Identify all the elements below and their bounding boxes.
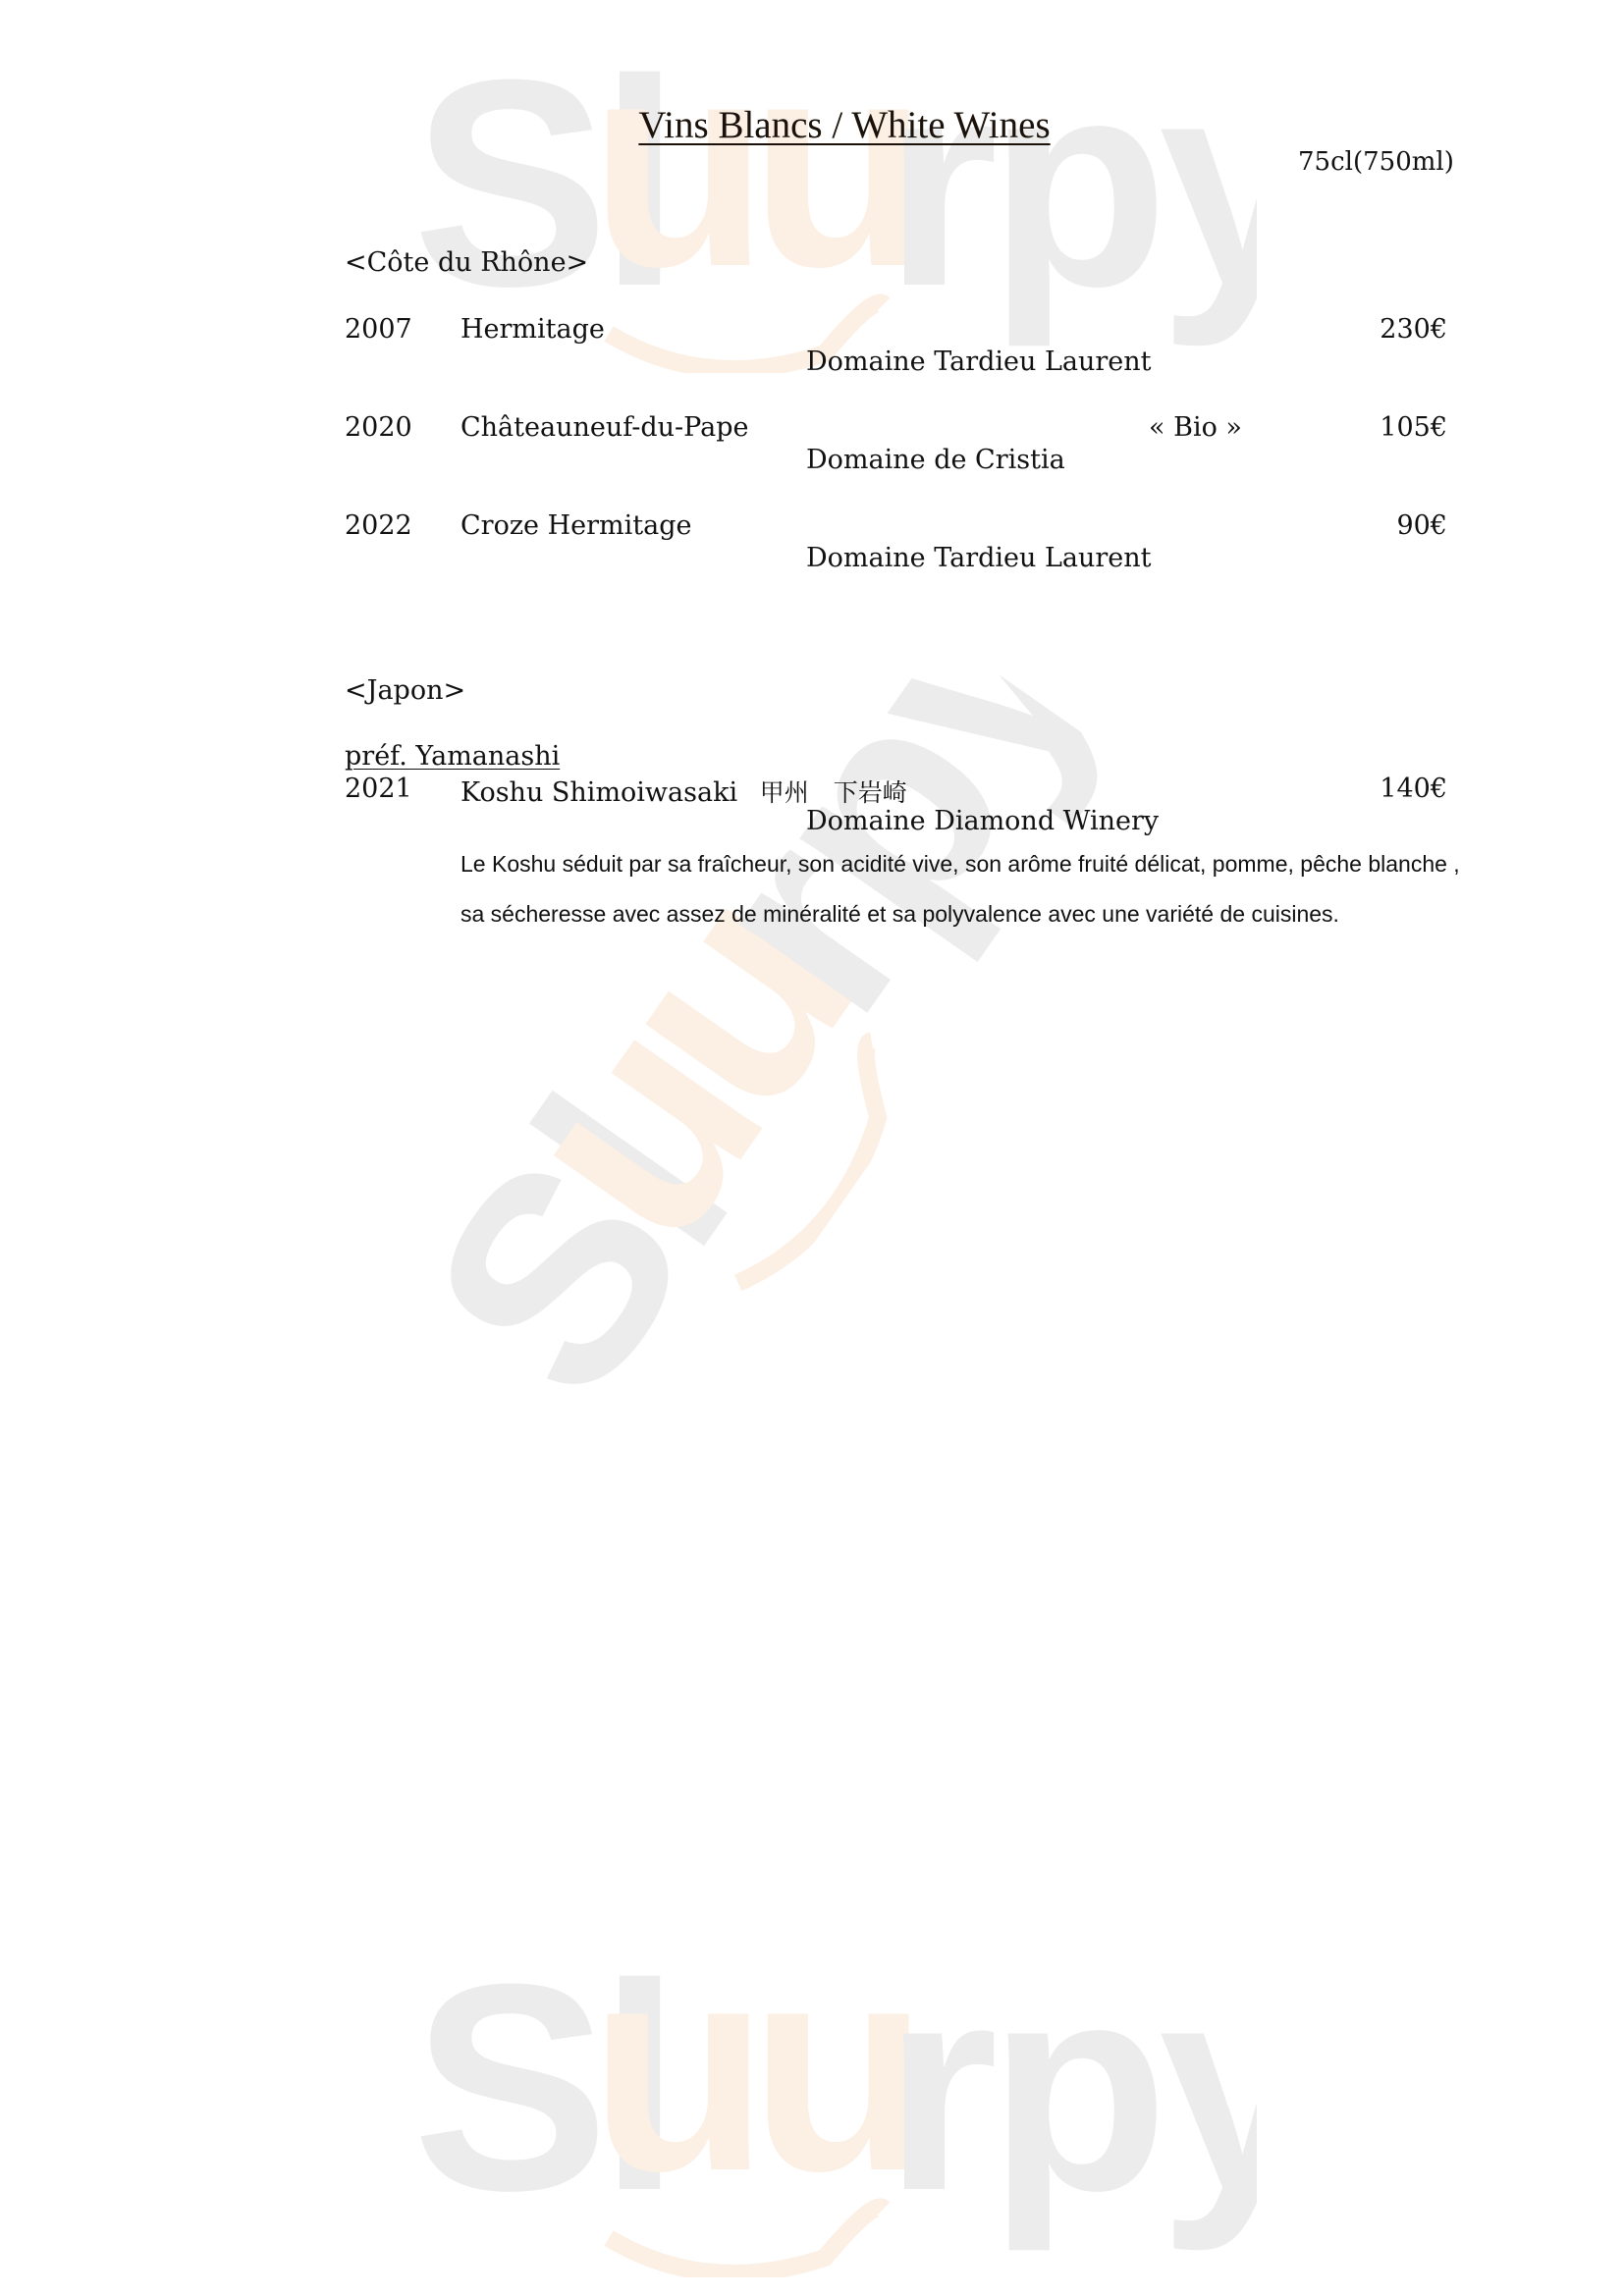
wine-year: 2007 bbox=[345, 314, 412, 345]
wine-producer: Domaine Diamond Winery bbox=[806, 806, 1159, 836]
svg-text:rpy: rpy bbox=[884, 1963, 1257, 2254]
wine-price: 105€ bbox=[1380, 412, 1447, 443]
wine-year: 2022 bbox=[345, 510, 412, 541]
wine-name-japanese: 甲州 下岩崎 bbox=[760, 778, 907, 807]
bottle-size-label: 75cl(750ml) bbox=[1298, 147, 1454, 177]
section-heading-japon: <Japon> bbox=[345, 675, 465, 706]
wine-name-latin: Koshu Shimoiwasaki bbox=[460, 777, 737, 808]
wine-name: Koshu Shimoiwasaki 甲州 下岩崎 bbox=[460, 774, 907, 809]
page-title: Vins Blancs / White Wines bbox=[0, 103, 1624, 147]
watermark-logo-bottom: Sl uu rpy bbox=[412, 1963, 1257, 2277]
wine-producer: Domaine Tardieu Laurent bbox=[806, 347, 1152, 377]
wine-name: Châteauneuf-du-Pape bbox=[460, 412, 748, 443]
wine-year: 2020 bbox=[345, 412, 412, 443]
region-label: préf. Yamanashi bbox=[345, 741, 560, 772]
wine-producer: Domaine de Cristia bbox=[806, 445, 1065, 475]
svg-text:Sl: Sl bbox=[412, 1963, 671, 2252]
svg-text:uu: uu bbox=[589, 59, 910, 328]
wine-price: 230€ bbox=[1380, 314, 1447, 345]
tasting-note-line-1: Le Koshu séduit par sa fraîcheur, son ac… bbox=[460, 851, 1460, 878]
wine-name: Hermitage bbox=[460, 314, 605, 345]
svg-text:Sl: Sl bbox=[401, 1050, 785, 1452]
svg-text:uu: uu bbox=[589, 1963, 910, 2232]
wine-name: Croze Hermitage bbox=[460, 510, 692, 541]
wine-price: 90€ bbox=[1396, 510, 1447, 541]
tasting-note-line-2: sa sécheresse avec assez de minéralité e… bbox=[460, 901, 1339, 928]
wine-year: 2021 bbox=[345, 774, 412, 804]
watermark-logo-middle: Sl uu rpy bbox=[401, 595, 1142, 1467]
section-heading-cote-du-rhone: <Côte du Rhône> bbox=[345, 247, 588, 278]
wine-producer: Domaine Tardieu Laurent bbox=[806, 543, 1152, 573]
organic-badge: « Bio » bbox=[1149, 412, 1242, 443]
wine-price: 140€ bbox=[1380, 774, 1447, 804]
